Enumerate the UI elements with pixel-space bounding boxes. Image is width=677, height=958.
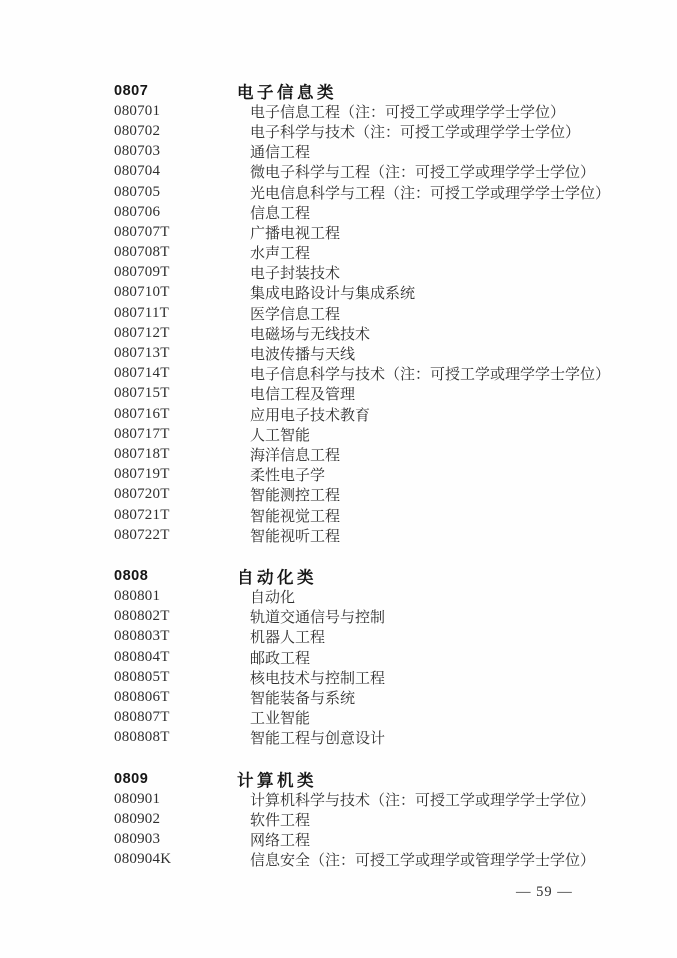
section-automation: 0808 自动化类 080801 自动化 080802T 轨道交通信号与控制 0… (114, 566, 610, 748)
major-row: 080807T 工业智能 (114, 708, 610, 728)
major-name: 软件工程 (237, 809, 310, 830)
major-name: 电波传播与天线 (237, 343, 355, 364)
section-divider-space (114, 748, 610, 769)
major-row: 080710T 集成电路设计与集成系统 (114, 283, 610, 303)
major-row: 080704 微电子科学与工程（注：可授工学或理学学士学位） (114, 162, 610, 182)
major-code: 080901 (114, 791, 237, 808)
major-name: 电子信息科学与技术（注：可授工学或理学学士学位） (237, 363, 610, 384)
major-code: 080701 (114, 103, 237, 120)
major-name: 信息工程 (237, 202, 310, 223)
major-code: 080715T (114, 385, 237, 402)
category-name: 计算机类 (237, 767, 317, 791)
major-row: 080903 网络工程 (114, 830, 610, 850)
major-code: 080805T (114, 669, 237, 686)
major-name: 医学信息工程 (237, 303, 340, 324)
major-code: 080711T (114, 305, 237, 322)
major-row: 080902 软件工程 (114, 809, 610, 829)
page-number: — 59 — (516, 884, 573, 901)
major-name: 工业智能 (237, 707, 310, 728)
major-name: 集成电路设计与集成系统 (237, 282, 415, 303)
major-name: 应用电子技术教育 (237, 404, 370, 425)
major-code: 080714T (114, 365, 237, 382)
major-row: 080706 信息工程 (114, 202, 610, 222)
major-name: 智能装备与系统 (237, 687, 355, 708)
major-code: 080712T (114, 325, 237, 342)
major-code: 080704 (114, 163, 237, 180)
major-row: 080705 光电信息科学与工程（注：可授工学或理学学士学位） (114, 182, 610, 202)
major-code: 080717T (114, 426, 237, 443)
major-row: 080703 通信工程 (114, 142, 610, 162)
major-name: 微电子科学与工程（注：可授工学或理学学士学位） (237, 161, 595, 182)
category-row: 0809 计算机类 (114, 769, 610, 789)
major-row: 080715T 电信工程及管理 (114, 384, 610, 404)
major-name: 智能视觉工程 (237, 505, 340, 526)
major-row: 080712T 电磁场与无线技术 (114, 323, 610, 343)
major-code: 080709T (114, 264, 237, 281)
document-page: 0807 电子信息类 080701 电子信息工程（注：可授工学或理学学士学位） … (0, 0, 677, 958)
major-name: 柔性电子学 (237, 464, 325, 485)
category-code: 0808 (114, 568, 237, 584)
major-row: 080719T 柔性电子学 (114, 465, 610, 485)
section-electronic-information: 0807 电子信息类 080701 电子信息工程（注：可授工学或理学学士学位） … (114, 81, 610, 545)
major-code: 080706 (114, 204, 237, 221)
major-code: 080803T (114, 628, 237, 645)
major-name: 智能测控工程 (237, 484, 340, 505)
category-name: 电子信息类 (237, 79, 337, 103)
major-code: 080707T (114, 224, 237, 241)
major-code: 080716T (114, 406, 237, 423)
major-name: 电子封装技术 (237, 262, 340, 283)
major-row: 080720T 智能测控工程 (114, 485, 610, 505)
major-code: 080903 (114, 831, 237, 848)
major-row: 080713T 电波传播与天线 (114, 343, 610, 363)
major-row: 080806T 智能装备与系统 (114, 687, 610, 707)
major-row: 080722T 智能视听工程 (114, 525, 610, 545)
major-code: 080710T (114, 284, 237, 301)
section-computer: 0809 计算机类 080901 计算机科学与技术（注：可授工学或理学学士学位）… (114, 769, 610, 870)
major-row: 080804T 邮政工程 (114, 647, 610, 667)
major-name: 智能视听工程 (237, 525, 340, 546)
major-row: 080709T 电子封装技术 (114, 263, 610, 283)
major-name: 水声工程 (237, 242, 310, 263)
major-code: 080722T (114, 527, 237, 544)
major-name: 光电信息科学与工程（注：可授工学或理学学士学位） (237, 182, 610, 203)
major-catalog-list: 0807 电子信息类 080701 电子信息工程（注：可授工学或理学学士学位） … (114, 81, 610, 870)
major-row: 080904K 信息安全（注：可授工学或理学或管理学学士学位） (114, 850, 610, 870)
major-name: 电信工程及管理 (237, 383, 355, 404)
major-row: 080711T 医学信息工程 (114, 303, 610, 323)
major-code: 080801 (114, 588, 237, 605)
category-code: 0807 (114, 83, 237, 99)
major-row: 080718T 海洋信息工程 (114, 444, 610, 464)
major-row: 080802T 轨道交通信号与控制 (114, 607, 610, 627)
major-name: 广播电视工程 (237, 222, 340, 243)
major-name: 计算机科学与技术（注：可授工学或理学学士学位） (237, 789, 595, 810)
major-code: 080703 (114, 143, 237, 160)
major-code: 080807T (114, 709, 237, 726)
major-code: 080708T (114, 244, 237, 261)
major-name: 海洋信息工程 (237, 444, 340, 465)
major-name: 邮政工程 (237, 647, 310, 668)
major-row: 080716T 应用电子技术教育 (114, 404, 610, 424)
major-code: 080718T (114, 446, 237, 463)
major-row: 080701 电子信息工程（注：可授工学或理学学士学位） (114, 101, 610, 121)
major-row: 080808T 智能工程与创意设计 (114, 728, 610, 748)
major-row: 080717T 人工智能 (114, 424, 610, 444)
major-code: 080806T (114, 689, 237, 706)
major-code: 080719T (114, 466, 237, 483)
section-divider-space (114, 545, 610, 566)
major-code: 080808T (114, 729, 237, 746)
major-row: 080805T 核电技术与控制工程 (114, 667, 610, 687)
major-name: 电子科学与技术（注：可授工学或理学学士学位） (237, 121, 580, 142)
major-name: 智能工程与创意设计 (237, 727, 385, 748)
major-row: 080708T 水声工程 (114, 243, 610, 263)
category-name: 自动化类 (237, 564, 317, 588)
major-code: 080713T (114, 345, 237, 362)
major-name: 电子信息工程（注：可授工学或理学学士学位） (237, 101, 565, 122)
major-code: 080904K (114, 851, 237, 868)
major-name: 轨道交通信号与控制 (237, 606, 385, 627)
major-name: 网络工程 (237, 829, 310, 850)
major-name: 人工智能 (237, 424, 310, 445)
major-name: 核电技术与控制工程 (237, 667, 385, 688)
major-row: 080721T 智能视觉工程 (114, 505, 610, 525)
major-name: 通信工程 (237, 141, 310, 162)
category-row: 0808 自动化类 (114, 566, 610, 586)
major-row: 080702 电子科学与技术（注：可授工学或理学学士学位） (114, 121, 610, 141)
major-code: 080804T (114, 649, 237, 666)
major-name: 机器人工程 (237, 626, 325, 647)
major-code: 080902 (114, 811, 237, 828)
major-code: 080705 (114, 184, 237, 201)
category-row: 0807 电子信息类 (114, 81, 610, 101)
major-row: 080714T 电子信息科学与技术（注：可授工学或理学学士学位） (114, 364, 610, 384)
major-row: 080901 计算机科学与技术（注：可授工学或理学学士学位） (114, 789, 610, 809)
major-code: 080802T (114, 608, 237, 625)
major-name: 自动化 (237, 586, 295, 607)
major-code: 080702 (114, 123, 237, 140)
major-name: 电磁场与无线技术 (237, 323, 370, 344)
major-row: 080801 自动化 (114, 587, 610, 607)
major-row: 080707T 广播电视工程 (114, 222, 610, 242)
major-name: 信息安全（注：可授工学或理学或管理学学士学位） (237, 849, 595, 870)
category-code: 0809 (114, 771, 237, 787)
major-code: 080721T (114, 507, 237, 524)
major-code: 080720T (114, 486, 237, 503)
major-row: 080803T 机器人工程 (114, 627, 610, 647)
